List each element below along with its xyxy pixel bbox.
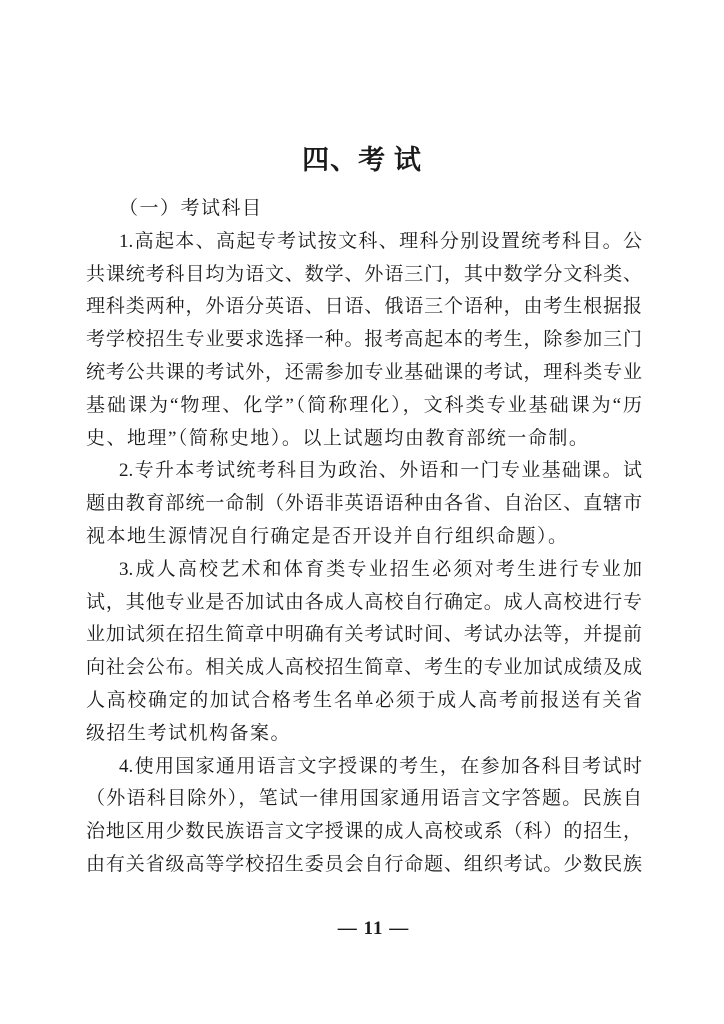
text-line: 3.成人高校艺术和体育类专业招生必须对考生进行专业加 xyxy=(86,554,642,587)
text-line: 考学校招生专业要求选择一种。报考高起本的考生，除参加三门 xyxy=(86,324,642,357)
text-line: 治地区用少数民族语言文字授课的成人高校或系（科）的招生， xyxy=(86,816,642,849)
paragraph: 2.专升本考试统考科目为政治、外语和一门专业基础课。试 题由教育部统一命制（外语… xyxy=(86,455,642,553)
paragraph: 1.高起本、高起专考试按文科、理科分别设置统考科目。公 共课统考科目均为语文、数… xyxy=(86,226,642,456)
page-title: 四、考 试 xyxy=(0,138,724,177)
text-line: 史、地理”（简称史地）。以上试题均由教育部统一命制。 xyxy=(86,423,642,456)
text-line: 试，其他专业是否加试由各成人高校自行确定。成人高校进行专 xyxy=(86,587,642,620)
text-line: 2.专升本考试统考科目为政治、外语和一门专业基础课。试 xyxy=(86,455,642,488)
text-line: 向社会公布。相关成人高校招生简章、考生的专业加试成绩及成 xyxy=(86,652,642,685)
text-line: 1.高起本、高起专考试按文科、理科分别设置统考科目。公 xyxy=(86,226,642,259)
text-line: 统考公共课的考试外，还需参加专业基础课的考试，理科类专业 xyxy=(86,357,642,390)
section-heading: （一）考试科目 xyxy=(86,193,642,226)
paragraph: 4.使用国家通用语言文字授课的考生，在参加各科目考试时 （外语科目除外），笔试一… xyxy=(86,751,642,882)
text-line: 级招生考试机构备案。 xyxy=(86,718,642,751)
text-line: 由有关省级高等学校招生委员会自行命题、组织考试。少数民族 xyxy=(86,849,642,882)
document-body: （一）考试科目 1.高起本、高起专考试按文科、理科分别设置统考科目。公 共课统考… xyxy=(86,193,642,882)
text-line: 4.使用国家通用语言文字授课的考生，在参加各科目考试时 xyxy=(86,751,642,784)
page-footer: — 11 — xyxy=(0,896,724,962)
text-line: 视本地生源情况自行确定是否开设并自行组织命题）。 xyxy=(86,521,642,554)
text-line: 题由教育部统一命制（外语非英语语种由各省、自治区、直辖市 xyxy=(86,488,642,521)
page-number: — 11 — xyxy=(338,918,409,939)
text-line: 业加试须在招生简章中明确有关考试时间、考试办法等，并提前 xyxy=(86,619,642,652)
paragraph: 3.成人高校艺术和体育类专业招生必须对考生进行专业加 试，其他专业是否加试由各成… xyxy=(86,554,642,751)
text-line: 共课统考科目均为语文、数学、外语三门，其中数学分文科类、 xyxy=(86,259,642,292)
text-line: 基础课为“物理、化学”（简称理化），文科类专业基础课为“历 xyxy=(86,390,642,423)
text-line: 理科类两种，外语分英语、日语、俄语三个语种，由考生根据报 xyxy=(86,291,642,324)
text-line: 人高校确定的加试合格考生名单必须于成人高考前报送有关省 xyxy=(86,685,642,718)
document-page: 四、考 试 （一）考试科目 1.高起本、高起专考试按文科、理科分别设置统考科目。… xyxy=(0,0,724,1024)
text-line: （外语科目除外），笔试一律用国家通用语言文字答题。民族自 xyxy=(86,783,642,816)
